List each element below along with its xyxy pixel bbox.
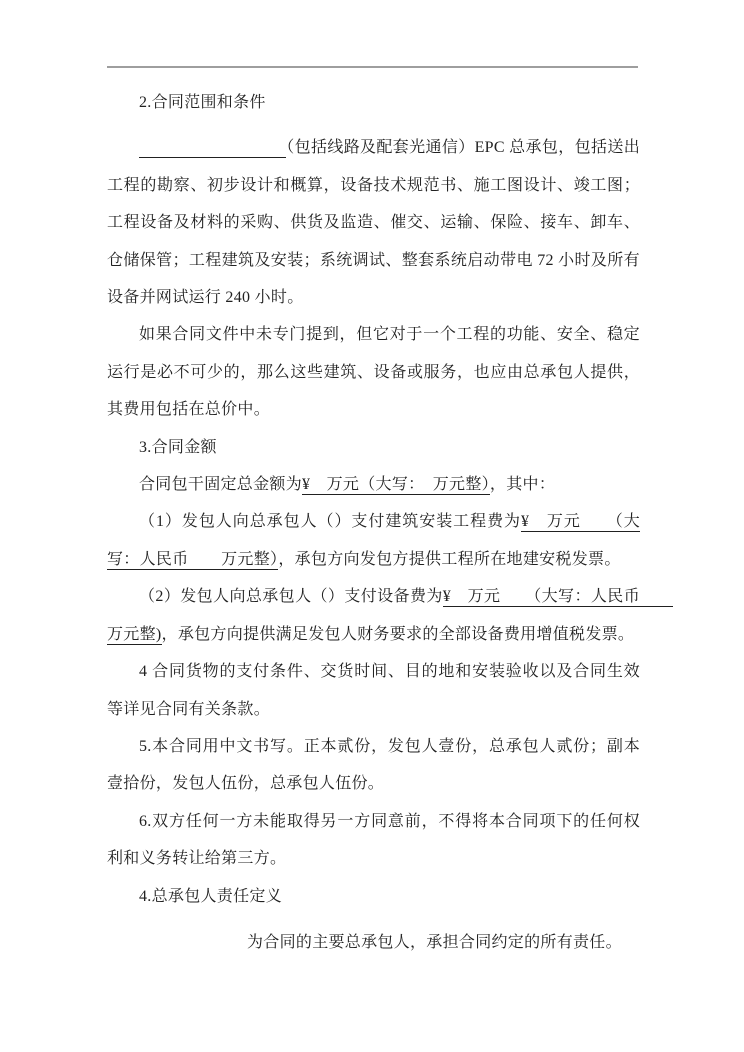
text-run: 为合同的主要总承包人，承担合同约定的所有责任。 [247, 934, 622, 951]
payment-terms-paragraph: 4 合同货物的支付条件、交货时间、目的地和安装验收以及合同生效等详见合同有关条款… [107, 653, 640, 728]
text-run: 4.总承包人责任定义 [139, 888, 282, 905]
equipment-fee-paragraph: （2）发包人向总承包人（）支付设备费为¥ 万元 （大写：人民币 万元整)，承包方… [107, 578, 640, 653]
text-run: 5.本合同用中文书写。正本贰份，发包人壹份，总承包人贰份；副本壹拾份，发包人伍份… [107, 738, 640, 792]
text-run: 6.双方任何一方未能取得另一方同意前，不得将本合同项下的任何权利和义务转让给第三… [107, 813, 640, 867]
section-responsibility-heading: 4.总承包人责任定义 [107, 878, 640, 915]
text-run: 如果合同文件中未专门提到，但它对于一个工程的功能、安全、稳定运行是必不可少的，那… [107, 326, 640, 418]
text-run: ，其中： [490, 476, 555, 493]
section-amount-heading: 3.合同金额 [107, 429, 640, 466]
text-run: ，承包方向提供满足发包人财务要求的全部设备费用增值税发票。 [162, 626, 635, 643]
language-copies-paragraph: 5.本合同用中文书写。正本贰份，发包人壹份，总承包人贰份；副本壹拾份，发包人伍份… [107, 728, 640, 803]
total-amount-paragraph: 合同包干固定总金额为¥ 万元（大写： 万元整），其中： [107, 466, 640, 503]
page: 2.合同范围和条件 （包括线路及配套光通信）EPC 总承包，包括送出工程的勘察、… [0, 0, 744, 1052]
responsibility-paragraph: 为合同的主要总承包人，承担合同约定的所有责任。 [107, 924, 640, 961]
scope-paragraph: （包括线路及配套光通信）EPC 总承包，包括送出工程的勘察、初步设计和概算，设备… [107, 129, 640, 316]
document-body: 2.合同范围和条件 （包括线路及配套光通信）EPC 总承包，包括送出工程的勘察、… [107, 84, 640, 961]
text-run: （1）发包人向总承包人（）支付建筑安装工程费为 [139, 513, 521, 530]
fill-in-blank: ¥ 万元（大写： 万元整） [302, 476, 490, 495]
text-run: ，承包方向发包方提供工程所在地建安税发票。 [278, 551, 620, 568]
assignment-paragraph: 6.双方任何一方未能取得另一方同意前，不得将本合同项下的任何权利和义务转让给第三… [107, 803, 640, 878]
text-run: （包括线路及配套光通信）EPC 总承包，包括送出工程的勘察、初步设计和概算，设备… [107, 139, 640, 306]
section-scope-heading: 2.合同范围和条件 [107, 84, 640, 121]
implied-obligations-paragraph: 如果合同文件中未专门提到，但它对于一个工程的功能、安全、稳定运行是必不可少的，那… [107, 316, 640, 428]
text-run: 4 合同货物的支付条件、交货时间、目的地和安装验收以及合同生效等详见合同有关条款… [107, 663, 640, 717]
text-run: 合同包干固定总金额为 [139, 476, 302, 493]
fill-in-blank [139, 139, 286, 158]
text-run: （2）发包人向总承包人（）支付设备费为 [139, 588, 443, 605]
header-rule [107, 66, 638, 68]
text-run: 3.合同金额 [139, 439, 217, 456]
text-run: 2.合同范围和条件 [139, 94, 266, 111]
construction-fee-paragraph: （1）发包人向总承包人（）支付建筑安装工程费为¥ 万元 （大写：人民币 万元整）… [107, 503, 640, 578]
